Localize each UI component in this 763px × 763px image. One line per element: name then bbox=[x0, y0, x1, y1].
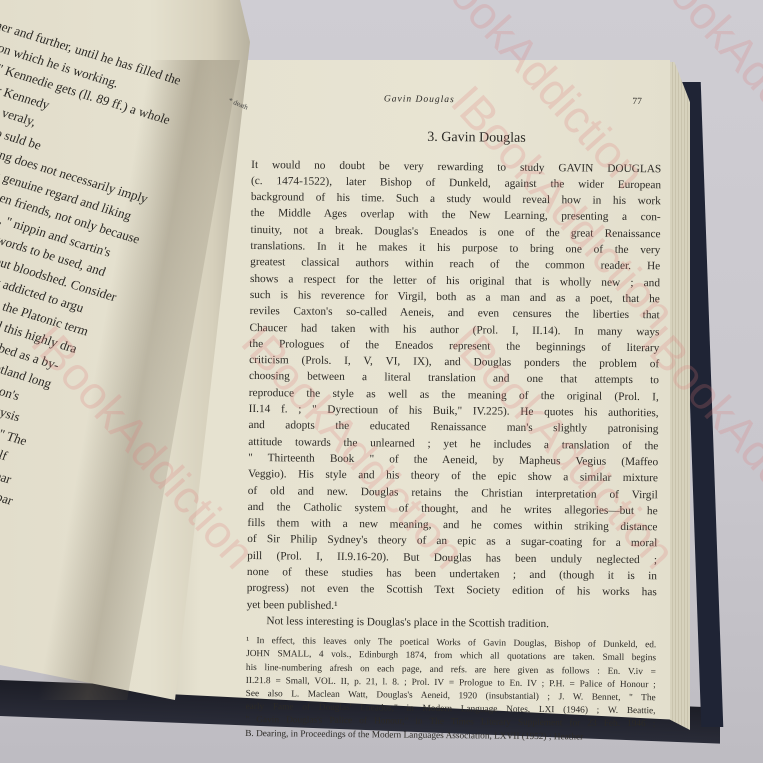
footnotes: ¹ In effect, this leaves only The poetic… bbox=[245, 635, 656, 745]
right-page-text: Gavin Douglas 77 3. Gavin Douglas It wou… bbox=[245, 90, 662, 745]
body-text: It would no doubt be very rewarding to s… bbox=[247, 157, 662, 618]
running-head-title: Gavin Douglas bbox=[384, 91, 455, 108]
section-title: 3. Gavin Douglas bbox=[291, 129, 661, 149]
page-number: 77 bbox=[632, 94, 642, 110]
closing-line: Not less interesting is Douglas's place … bbox=[246, 613, 656, 634]
running-head: Gavin Douglas 77 bbox=[252, 90, 662, 111]
